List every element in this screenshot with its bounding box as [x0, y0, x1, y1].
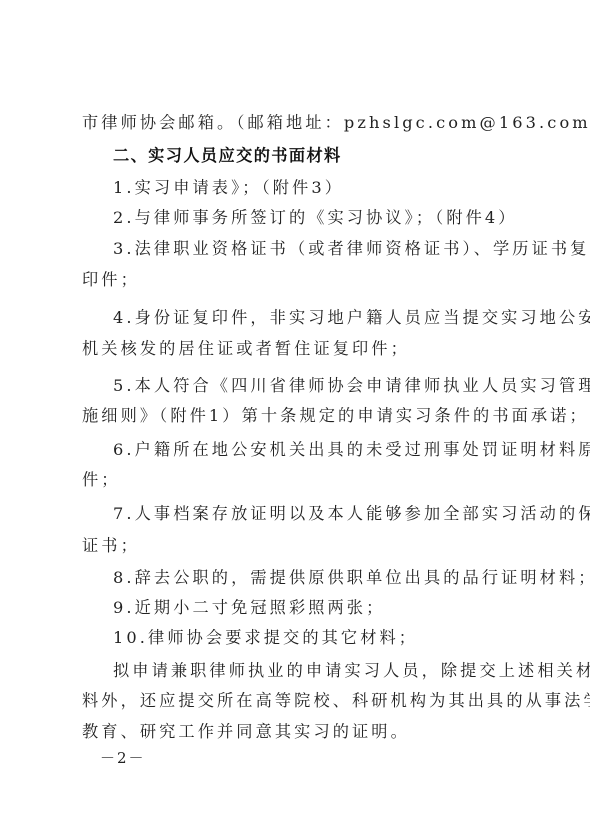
- list-item: 4.身份证复印件，非实习地户籍人员应当提交实习地公安: [113, 308, 523, 328]
- paragraph-line: 料外，还应提交所在高等院校、科研机构为其出具的从事法学: [82, 691, 522, 711]
- list-item: 8.辞去公职的，需提供原供职单位出具的品行证明材料；: [113, 568, 523, 588]
- list-item-continuation: 证书；: [82, 536, 522, 556]
- list-item: 3.法律职业资格证书（或者律师资格证书）、学历证书复: [113, 239, 523, 259]
- paragraph-line: 拟申请兼职律师执业的申请实习人员，除提交上述相关材: [113, 661, 523, 681]
- paragraph-line: 市律师协会邮箱。（邮箱地址：pzhslgc.com@163.com）: [82, 113, 522, 133]
- document-page: 市律师协会邮箱。（邮箱地址：pzhslgc.com@163.com） 二、实习人…: [0, 0, 590, 837]
- paragraph-line: 教育、研究工作并同意其实习的证明。: [82, 722, 522, 742]
- list-item: 1.实习申请表》；（附件3）: [113, 178, 523, 198]
- list-item-continuation: 施细则》（附件1）第十条规定的申请实习条件的书面承诺；: [82, 406, 522, 426]
- list-item: 10.律师协会要求提交的其它材料；: [113, 628, 523, 648]
- list-item: 9.近期小二寸免冠照彩照两张；: [113, 598, 523, 618]
- list-item-continuation: 印件；: [82, 270, 522, 290]
- list-item-continuation: 机关核发的居住证或者暂住证复印件；: [82, 339, 522, 359]
- list-item: 2.与律师事务所签订的《实习协议》；（附件4）: [113, 208, 523, 228]
- section-heading: 二、实习人员应交的书面材料: [113, 146, 523, 166]
- list-item-continuation: 件；: [82, 470, 522, 490]
- list-item: 6.户籍所在地公安机关出具的未受过刑事处罚证明材料原: [113, 440, 523, 460]
- list-item: 5.本人符合《四川省律师协会申请律师执业人员实习管理实: [113, 376, 523, 396]
- page-number: －2－: [100, 747, 146, 768]
- list-item: 7.人事档案存放证明以及本人能够参加全部实习活动的保: [113, 504, 523, 524]
